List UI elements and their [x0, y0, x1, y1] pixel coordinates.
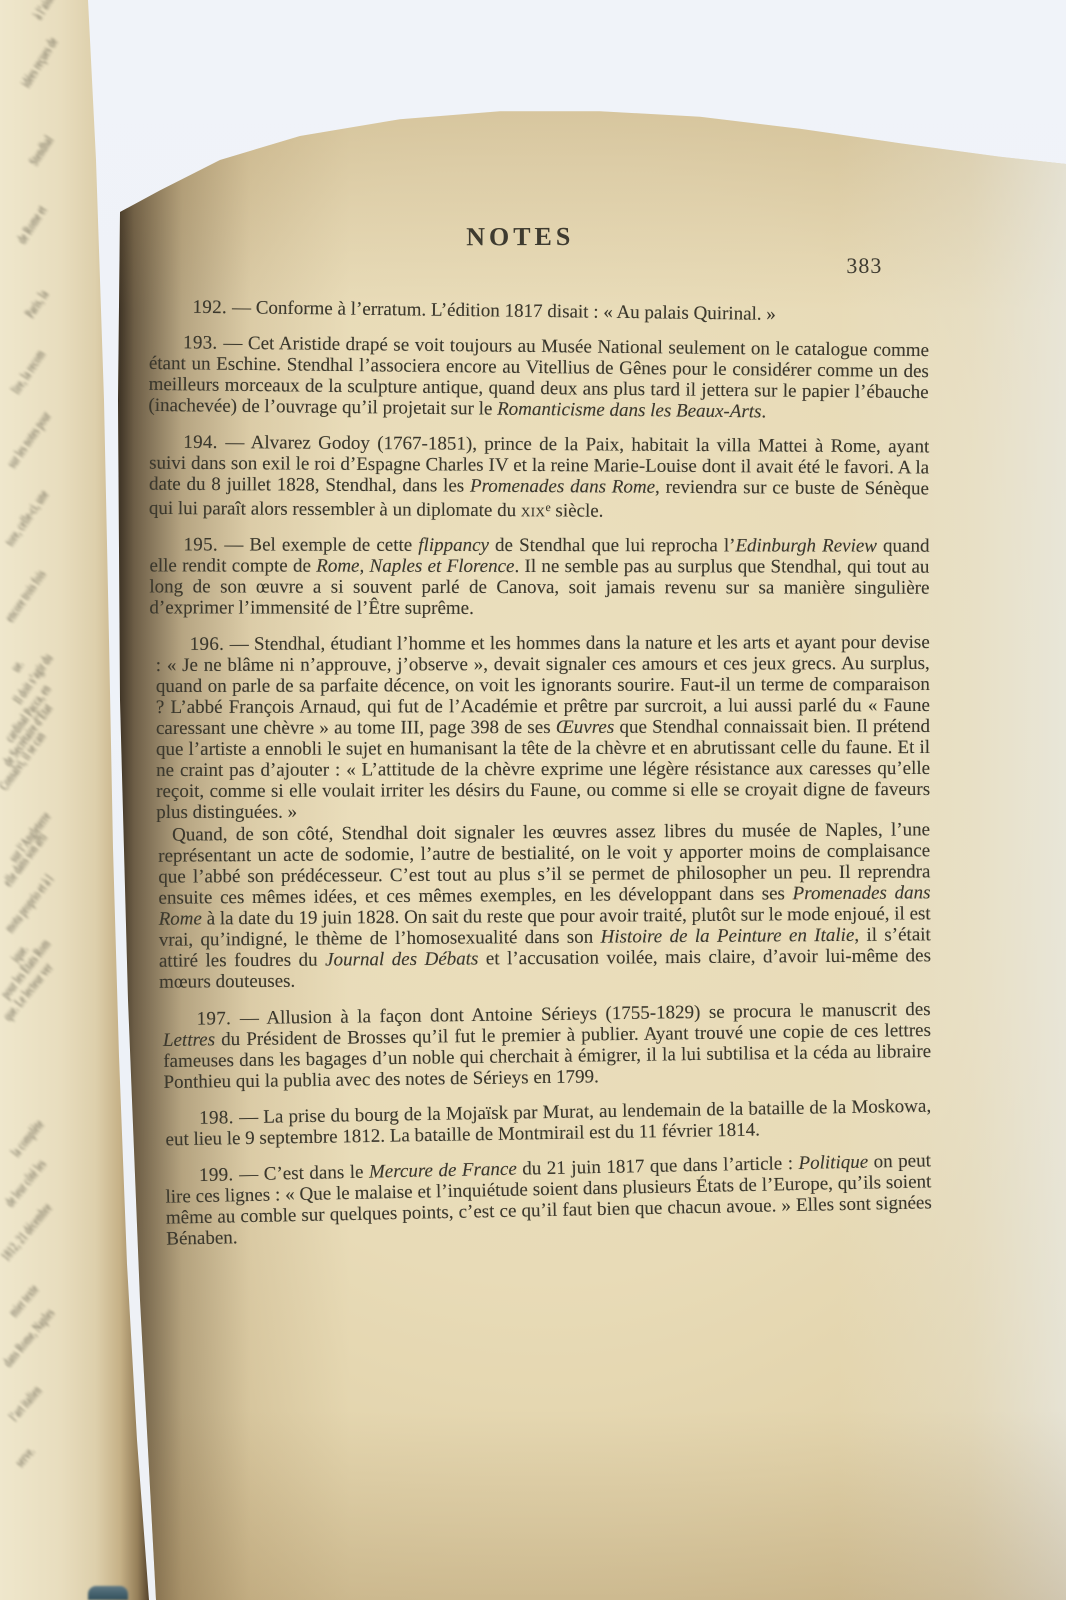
table-edge: [88, 1586, 128, 1600]
note-text: — Conforme à l’erratum. L’édition 1817 d…: [232, 297, 776, 325]
note-text: Promenades dans Rome: [470, 476, 655, 498]
note-paragraph: 192. — Conforme à l’erratum. L’édition 1…: [158, 296, 928, 326]
left-page-text-fragment: encore trois fois: [2, 567, 49, 625]
left-page-text-fragment: à l’aide de: [30, 0, 64, 22]
note-text: siècle.: [551, 500, 604, 521]
note-number: 197.: [197, 1008, 241, 1030]
book-photo: { "book": { "header": "NOTES", "page_num…: [0, 0, 1066, 1600]
note-number: 196.: [190, 634, 230, 655]
note-text: Journal des Débats: [325, 949, 478, 971]
note-text: Œuvres: [556, 717, 614, 738]
note-number: 194.: [183, 432, 225, 453]
left-page-text-fragment: dans Rome, Naples: [0, 1305, 58, 1370]
page-header: NOTES: [156, 221, 884, 254]
note-number: 198.: [199, 1107, 239, 1129]
note-text: Histoire de la Peinture en Italie: [601, 925, 855, 948]
note-text: — La prise du bourg de la Mojaïsk par Mu…: [165, 1096, 931, 1151]
note-text: Politique: [798, 1152, 868, 1174]
note-text: Edinburgh Review: [735, 536, 877, 557]
note-text: — Bel exemple de cette: [224, 535, 418, 556]
note-text: .: [761, 401, 766, 422]
note-text: du Président de Brosses qu’il fut le pre…: [163, 1020, 931, 1093]
page-number: 383: [156, 253, 928, 282]
note-paragraph: Quand, de son côté, Stendhal doit signal…: [158, 820, 931, 993]
left-page-text-fragment: Paris, la: [22, 287, 52, 321]
note-number: 199.: [199, 1164, 240, 1186]
note-text: de Stendhal que lui reprocha l’: [489, 535, 736, 556]
note-text: — C’est dans le: [239, 1162, 369, 1186]
note-paragraph: 198. — La prise du bourg de la Mojaïsk p…: [165, 1096, 932, 1151]
note-number: 192.: [192, 297, 232, 318]
note-paragraph: 194. — Alvarez Godoy (1767-1851), prince…: [149, 432, 930, 524]
left-page-text-fragment: idées reçues de: [18, 34, 61, 90]
left-page-text-fragment: l’art italien: [6, 1383, 45, 1425]
left-page-text-fragment: ue.: [8, 657, 27, 675]
note-number: 195.: [183, 535, 224, 556]
left-page-text-fragment: serve.: [12, 1443, 38, 1470]
left-page-text-fragment: de Rome et: [14, 203, 50, 247]
note-number: 193.: [183, 332, 224, 353]
note-paragraph: 197. — Allusion à la façon dont Antoine …: [163, 999, 932, 1093]
note-paragraph: 199. — C’est dans le Mercure de France d…: [165, 1151, 933, 1250]
note-text: Rome, Naples et Florence: [316, 556, 514, 577]
page-bottom-shading: [100, 1410, 1066, 1600]
notes-list: 192. — Conforme à l’erratum. L’édition 1…: [156, 300, 931, 1244]
left-page-text-fragment: tore, celle-ci, une: [2, 487, 52, 549]
note-text: xix: [521, 500, 546, 521]
left-page-text-fragment: lire, la recom: [8, 347, 49, 397]
note-text: Romanticisme dans les Beaux-Arts: [497, 399, 762, 423]
note-text: Lettres: [163, 1030, 215, 1052]
left-page-text-fragment: Stendhal: [26, 133, 57, 169]
note-paragraph: 193. — Cet Aristide drapé se voit toujou…: [148, 332, 929, 424]
left-page-text-fragment: la complète: [8, 1117, 47, 1160]
left-page-text-fragment: 1812, 21 décembre: [0, 1200, 55, 1264]
notes-page: NOTES 383 192. — Conforme à l’erratum. L…: [100, 0, 1066, 1600]
note-paragraph: 195. — Bel exemple de cette flippancy de…: [149, 535, 929, 620]
left-page-text-fragment: sur les notes pour: [4, 409, 54, 472]
note-paragraph: 196. — Stendhal, étudiant l’homme et les…: [156, 632, 930, 823]
text-column: NOTES 383 192. — Conforme à l’erratum. L…: [156, 221, 932, 1258]
note-text: flippancy: [418, 535, 489, 556]
